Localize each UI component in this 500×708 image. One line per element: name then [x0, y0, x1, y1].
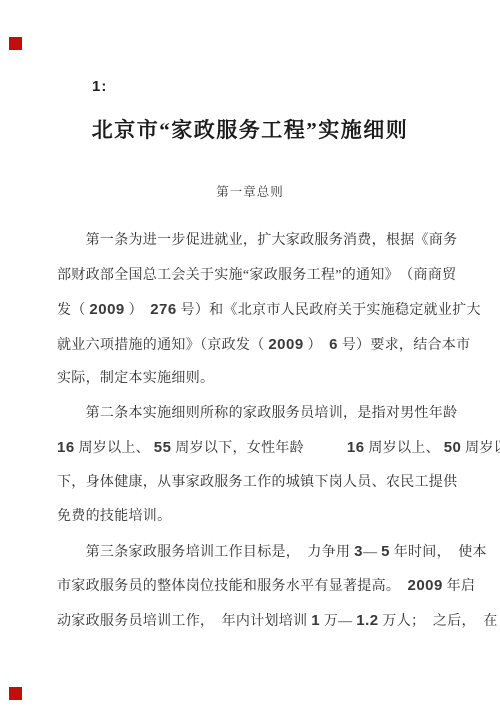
cjk-text: 下，身体健康，从事家政服务工作的城镇下岗人员、农民工提供 — [57, 475, 457, 490]
cjk-text: 万— — [320, 614, 356, 629]
numeric-text: 2009 — [89, 301, 124, 318]
cjk-text: 号）要求，结合本市 — [338, 338, 471, 353]
body-line: 就业六项措施的通知》（京政发（ 2009 ） 6 号）要求，结合本市 — [57, 328, 447, 363]
numeric-text: 16 — [57, 439, 75, 456]
body-line: 实际，制定本实施细则。 — [57, 362, 447, 397]
body-line: 发（ 2009 ） 276 号）和《北京市人民政府关于实施稳定就业扩大 — [57, 293, 447, 328]
chapter-heading: 第一章总则 — [0, 182, 500, 200]
numeric-text: 1.2 — [356, 612, 378, 629]
cjk-text: ） — [125, 303, 150, 318]
body-line: 部财政部全国总工会关于实施“家政服务工程”的通知》 （商商贸 — [57, 259, 447, 294]
numeric-text: 1 — [311, 612, 320, 629]
body-line: 免费的技能培训。 — [57, 500, 447, 535]
numeric-text: 3 — [354, 543, 363, 560]
cjk-text: 周岁以上、 — [365, 441, 444, 456]
cjk-text: 第一条为进一步促进就业，扩大家政服务消费，根据《商务 — [57, 233, 457, 248]
cjk-text: 周岁以下，女性年龄 — [171, 441, 346, 456]
cjk-text: — — [363, 545, 381, 560]
body-line: 市家政服务员的整体岗位技能和服务水平有显著提高。 2009 年启 — [57, 569, 447, 604]
cjk-text: 年时间， 使本 — [390, 545, 487, 560]
numeric-text: 276 — [150, 301, 177, 318]
body-line: 第二条本实施细则所称的家政服务员培训，是指对男性年龄 — [57, 397, 447, 432]
numeric-text: 16 — [347, 439, 365, 456]
body-line: 下，身体健康，从事家政服务工作的城镇下岗人员、农民工提供 — [57, 466, 447, 501]
body-line: 16 周岁以上、 55 周岁以下，女性年龄 16 周岁以上、 50 周岁以 — [57, 431, 447, 466]
numeric-text: 50 — [444, 439, 462, 456]
cjk-text: 第三条家政服务培训工作目标是， 力争用 — [57, 545, 354, 560]
cjk-text: ） — [304, 338, 329, 353]
cjk-text: 部财政部全国总工会关于实施“家政服务工程”的通知》 （商商贸 — [57, 268, 456, 283]
page-number-label: 1: — [92, 78, 107, 95]
body-line: 第三条家政服务培训工作目标是， 力争用 3— 5 年时间， 使本 — [57, 535, 447, 570]
document-page: 1: 北京市“家政服务工程”实施细则 第一章总则 第一条为进一步促进就业，扩大家… — [0, 0, 500, 708]
cjk-text: 发（ — [57, 303, 89, 318]
document-body: 第一条为进一步促进就业，扩大家政服务消费，根据《商务部财政部全国总工会关于实施“… — [57, 224, 447, 638]
cjk-text: 周岁以 — [461, 441, 500, 456]
body-line: 第一条为进一步促进就业，扩大家政服务消费，根据《商务 — [57, 224, 447, 259]
cjk-text: 就业六项措施的通知》（京政发（ — [57, 338, 268, 353]
cjk-text: 号）和《北京市人民政府关于实施稳定就业扩大 — [177, 303, 481, 318]
cjk-text: 市家政服务员的整体岗位技能和服务水平有显著提高。 — [57, 579, 408, 594]
paragraph: 第二条本实施细则所称的家政服务员培训，是指对男性年龄16 周岁以上、 55 周岁… — [57, 397, 447, 535]
cjk-text: 年启 — [443, 579, 475, 594]
numeric-text: 5 — [381, 543, 390, 560]
cjk-text: 周岁以上、 — [75, 441, 154, 456]
numeric-text: 2009 — [268, 336, 303, 353]
numeric-text: 55 — [154, 439, 172, 456]
red-registration-mark-bottom — [9, 687, 22, 700]
cjk-text: 动家政服务员培训工作， 年内计划培训 — [57, 614, 311, 629]
cjk-text: 实际，制定本实施细则。 — [57, 371, 214, 386]
document-title: 北京市“家政服务工程”实施细则 — [0, 114, 500, 144]
cjk-text: 免费的技能培训。 — [57, 509, 171, 524]
paragraph: 第三条家政服务培训工作目标是， 力争用 3— 5 年时间， 使本市家政服务员的整… — [57, 535, 447, 639]
numeric-text: 6 — [329, 336, 338, 353]
numeric-text: 2009 — [408, 577, 443, 594]
paragraph: 第一条为进一步促进就业，扩大家政服务消费，根据《商务部财政部全国总工会关于实施“… — [57, 224, 447, 397]
red-registration-mark-top — [9, 37, 22, 50]
body-line: 动家政服务员培训工作， 年内计划培训 1 万— 1.2 万人； 之后， 在 总结… — [57, 604, 447, 639]
cjk-text: 第二条本实施细则所称的家政服务员培训，是指对男性年龄 — [57, 406, 457, 421]
cjk-text: 万人； 之后， 在 总结经验 — [379, 614, 500, 629]
